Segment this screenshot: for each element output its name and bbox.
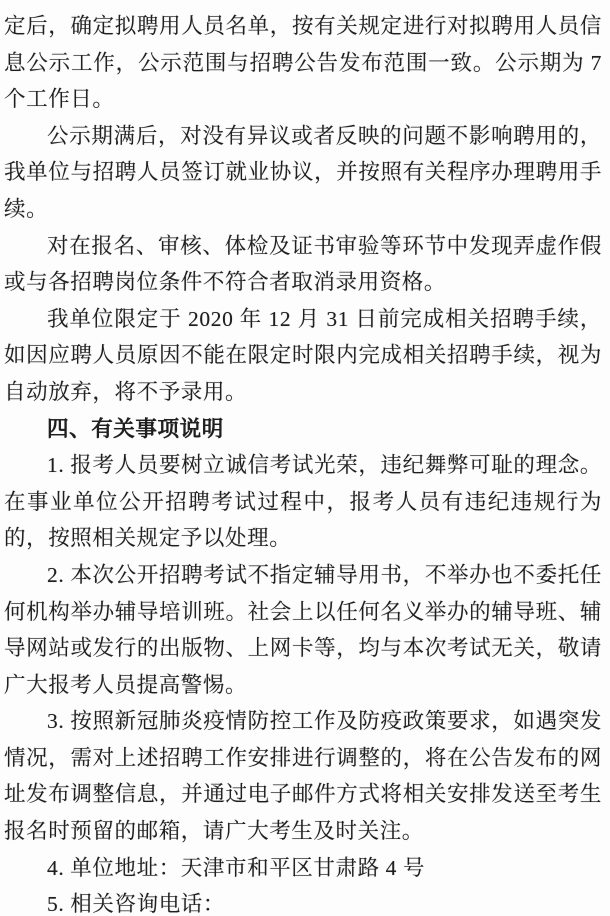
paragraph: 1. 报考人员要树立诚信考试光荣，违纪舞弊可耻的理念。在事业单位公开招聘考试过程… (4, 447, 602, 557)
document-body: 定后，确定拟聘用人员名单，按有关规定进行对拟聘用人员信息公示工作，公示范围与招聘… (4, 8, 602, 916)
paragraph: 2. 本次公开招聘考试不指定辅导用书，不举办也不委托任何机构举办辅导培训班。社会… (4, 557, 602, 703)
paragraph: 对在报名、审核、体检及证书审验等环节中发现弄虚作假或与各招聘岗位条件不符合者取消… (4, 228, 602, 301)
section-heading: 四、有关事项说明 (4, 411, 602, 448)
document-page: 定后，确定拟聘用人员名单，按有关规定进行对拟聘用人员信息公示工作，公示范围与招聘… (0, 0, 610, 916)
paragraph: 公示期满后，对没有异议或者反映的问题不影响聘用的，我单位与招聘人员签订就业协议，… (4, 118, 602, 228)
paragraph: 3. 按照新冠肺炎疫情防控工作及防疫政策要求，如遇突发情况，需对上述招聘工作安排… (4, 703, 602, 849)
paragraph: 定后，确定拟聘用人员名单，按有关规定进行对拟聘用人员信息公示工作，公示范围与招聘… (4, 8, 602, 118)
paragraph: 4. 单位地址：天津市和平区甘肃路 4 号 (4, 850, 602, 887)
paragraph: 我单位限定于 2020 年 12 月 31 日前完成相关招聘手续，如因应聘人员原… (4, 301, 602, 411)
paragraph: 5. 相关咨询电话： (4, 886, 602, 916)
